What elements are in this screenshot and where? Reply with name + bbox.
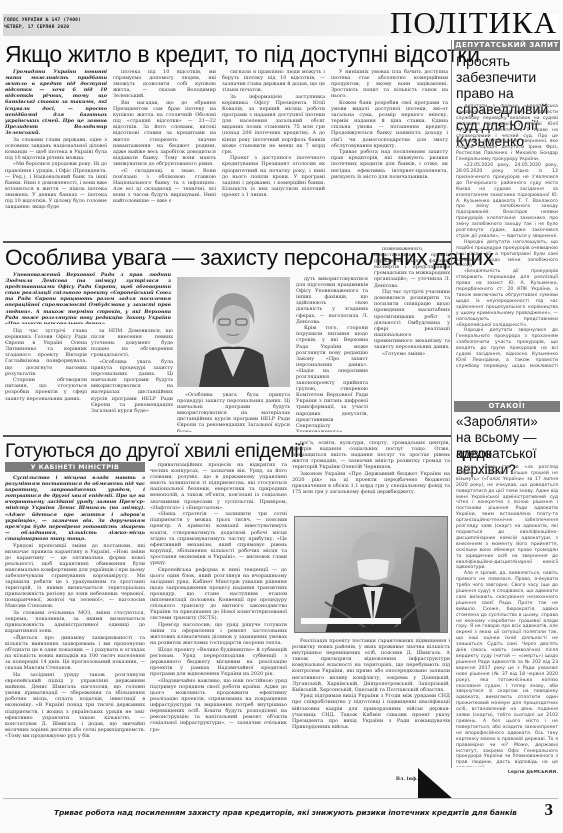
divider [3,241,451,243]
article3-paragraph: За словами очільника МОЗ, зміни стосують… [5,610,145,634]
article1-column-1: Громадяни України повинні мати можливіст… [5,69,107,238]
article2-lead-block: Уповноважений Верховної Ради з прав люди… [5,272,171,324]
article2-paragraph: Сторони обговорили питання, що стосуютьс… [5,377,87,401]
paper-issue-line: ГОЛОС УКРАЇНИ № 147 (7400) [4,18,81,23]
article2-column-3: дуть використовуватися для підготовки пр… [296,276,368,432]
article1-paragraph: Кожен банк розробив свої програми та умо… [331,100,448,149]
article3-paragraph: Прем'єр наголосив, що уряд рішуче готува… [150,622,287,646]
article3-paragraph: Уряд підтримав вихід України з Угоди між… [292,693,450,730]
article1-paragraph: У нинішніх умовах пла бачить доступна іп… [331,69,448,99]
article3-paragraph: Законом України «Про Державний бюджет Ук… [292,471,450,495]
article2-paragraph: Під час зустрічі учасники домовилися роз… [374,289,450,350]
sidebar-paragraph: Але я зрілий, да, виявляється, навіть пр… [456,571,558,767]
article3-paragraph: рог'а, освіти, культури, спорту, громадс… [292,440,450,470]
deputy-request-body: Депутати з фракції «Європейська солідарн… [456,104,558,369]
article1-paragraph: іпотека під 10 відсотків, ми спрямуємо д… [113,69,216,99]
article2-paragraph: дуть використовуватися для підготовки пр… [296,276,368,325]
article3-paragraph: Реалізація проекту поставки гарантованих… [292,638,450,693]
article3-paragraph: «Надзвичайно важливо, що ніяк постійною … [150,678,287,733]
article1-lead: Громадяни України повинні мати можливіст… [5,69,107,136]
article2-paragraph: «Готуємо зміни» [374,351,450,357]
article3-paragraph: приватизаційних процесів на відкритих та… [150,462,287,511]
sidebar-paragraph: Коли писав статтю «За розгляд скарги на … [456,465,558,571]
article2-paragraph: за НПМ. Домовилися, що після внесення пе… [91,328,173,358]
article3-signature: Вл. інф. [380,776,418,784]
sidebar-paragraph: «Бездіяльність дії прокурорів створюють … [456,269,558,328]
article3-paragraph: Європейська реформа в нині тенденції — д… [150,567,287,622]
sidebar-paragraph: Депутати з фракції «Європейська солідарн… [456,104,558,163]
article2-paragraph: «Особлива увага була прикута процедурі з… [91,359,173,414]
article1-headline: Якщо житло в кредит, то під доступні від… [5,41,480,68]
otakoi-headline-1: «Заробляти» [456,414,560,430]
sidebar: ДЕПУТАТСЬКИЙ ЗАПИТ Просять забезпечити п… [454,40,560,780]
article1-paragraph: «Є складнощі, я знаю. Вони пов'язані з о… [113,168,216,205]
sidebar-paragraph: Народні депутати наголошують, що подібні… [456,240,558,270]
otakoi-body: Коли писав статтю «За розгляд скарги на … [456,465,558,767]
rubric-cabinet-of-ministers: У КАБІНЕТІ МІНІСТРІВ [5,462,145,472]
article1-paragraph: сигнали в правлінні: люди можуть і берут… [222,69,325,93]
article3-lead: Суспільство і місцева влада мають з розу… [5,475,145,542]
sidebar-rule [451,40,452,768]
rubric-otakoi: ОТАКОЇ! [454,401,560,412]
article3-paragraph: «Йдеться про динаміку захворюваності та … [5,635,145,672]
page-number: 3 [545,800,554,820]
article1-paragraph: Проект з доступного іпотечного кредитува… [222,155,325,198]
article2-paragraph: Крім того, сторони порушили питання щодо… [296,325,368,432]
article2-paragraph: повноваженого, представників органів дер… [374,246,450,289]
divider [3,435,451,437]
paper-date-line: ЧЕТВЕР, 17 СЕРПНЯ 2020 [4,25,69,30]
corner-flag-icon [418,768,452,798]
otakoi-signature: Сергій ДЕМСЬКИЙ. [456,770,558,778]
article3-column-1: Суспільство і місцева влада мають з розу… [5,475,145,775]
article3-paragraph: На засіданні уряду також розглянули євро… [5,672,145,739]
article3-headline: Готуються до другої хвилі епідемії [5,440,303,463]
article2-column-2b: «Особлива увага була прикута процедурі з… [177,392,290,432]
sidebar-paragraph: «23.05.2020 року, 24.05.2020 року, 28.05… [456,163,558,240]
article2-paragraph: «Особлива увага була прикута процедурі з… [177,392,290,432]
article3-column-3b: Реалізація проекту поставки гарантованих… [292,638,450,778]
article2-paragraph: Під час зустрічі глава керівника Голови … [5,328,87,377]
newspaper-page: ГОЛОС УКРАЇНИ № 147 (7400) ЧЕТВЕР, 17 СЕ… [0,0,563,833]
footer-divider [3,798,558,799]
rubric-deputy-request: ДЕПУТАТСЬКИЙ ЗАПИТ [454,40,560,51]
footer-tagline: Триває робота над посиленням захисту пра… [54,808,517,817]
article1-paragraph: Він нагадав, що до обрання Президентом с… [113,100,216,167]
article2-column-4: повноваженого, представників органів дер… [374,246,450,432]
article1-column-3: сигнали в правлінні: люди можуть і берут… [222,69,325,238]
section-title: ПОЛІТИКА [390,9,557,37]
photo-lyudmila-denisova [177,277,290,387]
article3-paragraph: Щодо проекту «Велике будівництво» й субв… [150,647,287,677]
article1-column-2: іпотека під 10 відсотків, ми спрямуємо д… [113,69,216,238]
article1-paragraph: Триває робота над посиленням захисту пра… [331,149,448,179]
sidebar-paragraph: Народні депутати звернулися до Генеральн… [456,328,558,369]
article1-paragraph: «Ми боролися упродовж року. Ні до правлі… [5,161,107,210]
article2-lead: Уповноважений Верховної Ради з прав люди… [5,272,171,324]
article3-column-2: приватизаційних процесів на відкритих та… [150,462,287,775]
article3-column-3: рог'а, освіти, культури, спорту, громадс… [292,440,450,510]
article1-column-4: У нинішніх умовах пла бачить доступна іп… [331,69,448,238]
article1-paragraph: За словами глави держави, одне з основни… [5,137,107,161]
photo-denys-shmyhal [294,516,448,633]
article3-paragraph: «Наша стратегія — залишити три сотні під… [150,511,287,566]
article2-column-1: Під час зустрічі глава керівника Голови … [5,328,87,428]
article1-paragraph: За інформацією заступника керівника Офіс… [222,94,325,155]
article3-paragraph: Урядові пропозиції зміни до постанови, я… [5,543,145,610]
article2-column-2: за НПМ. Домовилися, що після внесення пе… [91,328,173,428]
